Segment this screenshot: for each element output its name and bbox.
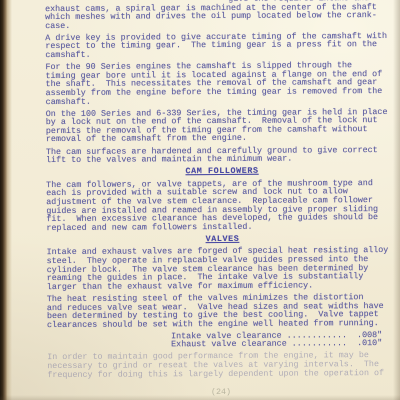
paragraph-valve-grinding-faint: In order to maintain good performance fr… [47, 351, 399, 379]
valve-clearance-spec-exhaust: Exhaust valve clearance ........... .010… [47, 339, 399, 350]
section-heading-valves: VALVES [46, 234, 398, 245]
paragraph-heat-resisting-steel: The heat resisting steel of the valves m… [47, 293, 399, 330]
paragraph-oil-pump-gear: exhaust cams, a spiral gear is machined … [45, 3, 397, 31]
paragraph-cam-followers: The cam followers, or valve tappets, are… [46, 179, 398, 233]
section-heading-cam-followers: CAM FOLLOWERS [46, 166, 398, 177]
paragraph-cam-surfaces: The cam surfaces are hardened and carefu… [46, 145, 398, 164]
paragraph-drive-key: A drive key is provided to give accurate… [45, 32, 397, 60]
page-left-edge-shadow [0, 0, 12, 400]
scanned-page: give the required intake and exhaust cam… [0, 0, 400, 400]
paragraph-valve-materials: Intake and exhaust valves are forged of … [47, 246, 399, 291]
paragraph-90-series: For the 90 Series engines the camshaft i… [45, 61, 397, 106]
page-text-column: give the required intake and exhaust cam… [45, 0, 399, 383]
paragraph-100-series: On the 100 Series and 6-339 Series, the … [46, 108, 398, 145]
page-number: (24) [45, 387, 397, 397]
